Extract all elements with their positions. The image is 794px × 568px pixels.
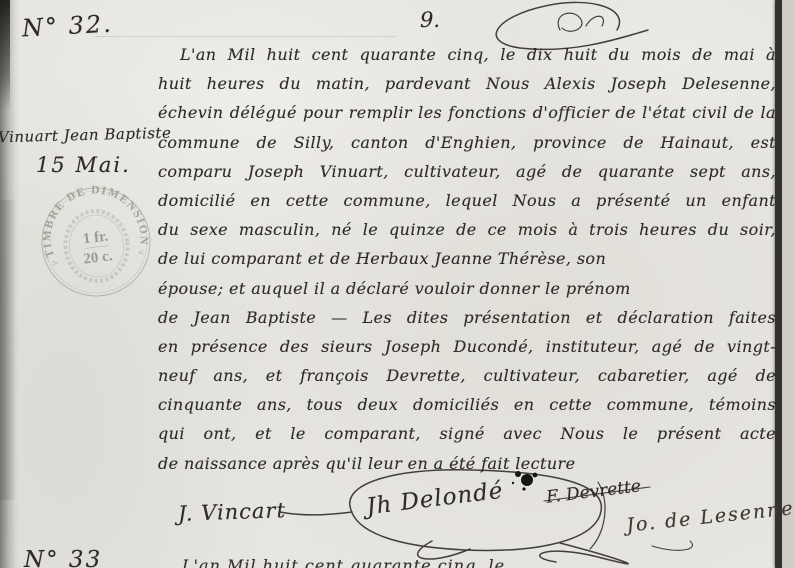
- act-line: neuf ans, et françois Devrette, cultivat…: [158, 361, 776, 390]
- act-line: cinquante ans, tous deux domiciliés en c…: [158, 390, 776, 419]
- act-line: épouse; et auquel il a déclaré vouloir d…: [158, 274, 688, 303]
- next-record-fragment: L'an Mil huit cent quarante cinq, le: [182, 556, 505, 568]
- act-text: L'an Mil huit cent quarante cinq, le dix…: [158, 40, 776, 478]
- signature-delonde: Jh Delondé: [365, 478, 505, 521]
- act-line: en présence des sieurs Joseph Ducondé, i…: [158, 332, 776, 361]
- signature-delesenne: Jo. de Lesenne: [625, 497, 794, 537]
- page-edge-left-mid-shadow: [0, 200, 16, 500]
- record-number: N° 32.: [21, 10, 113, 43]
- delesenne-underline-flourish: [652, 541, 692, 550]
- faint-header-rule: [95, 36, 395, 37]
- revenue-stamp: TIMBRE DE DIMENSION 1 fr. 20 c.: [31, 177, 160, 306]
- act-line: commune de Silly, canton d'Enghien, prov…: [158, 128, 776, 157]
- act-line: qui ont, et le comparant, signé avec Nou…: [158, 419, 776, 448]
- page-edge-right-margin: [782, 0, 794, 568]
- act-line: de naissance après qu'il leur en a été f…: [158, 449, 776, 478]
- act-line: comparu Joseph Vinuart, cultivateur, agé…: [158, 157, 776, 186]
- scanned-register-page: N° 32. 9. Vinuart Jean Baptiste 15 Mai. …: [0, 0, 794, 568]
- signature-vincart: J. Vincart: [178, 498, 287, 526]
- stamp-ornament-left: [52, 261, 57, 266]
- page-number: 9.: [420, 8, 440, 32]
- act-line: du sexe masculin, né le quinze de ce moi…: [158, 215, 776, 244]
- next-record-number: N° 33: [24, 547, 102, 568]
- act-line: L'an Mil huit cent quarante cinq, le dix…: [158, 40, 776, 69]
- act-line: de Jean Baptiste — Les dites présentatio…: [158, 303, 776, 332]
- act-line: domicilié en cette commune, lequel Nous …: [158, 186, 776, 215]
- stamp-value-bottom: 20 c.: [82, 248, 113, 267]
- page-edge-right-binding: [775, 0, 782, 568]
- stamp-ornament-right: [138, 250, 143, 255]
- margin-note-date: 15 Mai.: [36, 153, 131, 177]
- act-line: huit heures du matin, pardevant Nous Ale…: [158, 69, 776, 98]
- top-paraph-squiggle: [558, 13, 603, 31]
- page-edge-left-dark-corner: [0, 0, 10, 110]
- signature-devrette: F. Devrette: [545, 476, 642, 507]
- margin-note-name: Vinuart Jean Baptiste: [0, 124, 172, 147]
- act-line: de lui comparant et de Herbaux Jeanne Th…: [158, 244, 698, 273]
- signature-flourish-loop-right: [540, 543, 628, 564]
- signature-flourish-tail-left: [280, 512, 352, 515]
- act-line: échevin délégué pour remplir les fonctio…: [158, 98, 776, 127]
- stamp-value-top: 1 fr.: [82, 229, 109, 248]
